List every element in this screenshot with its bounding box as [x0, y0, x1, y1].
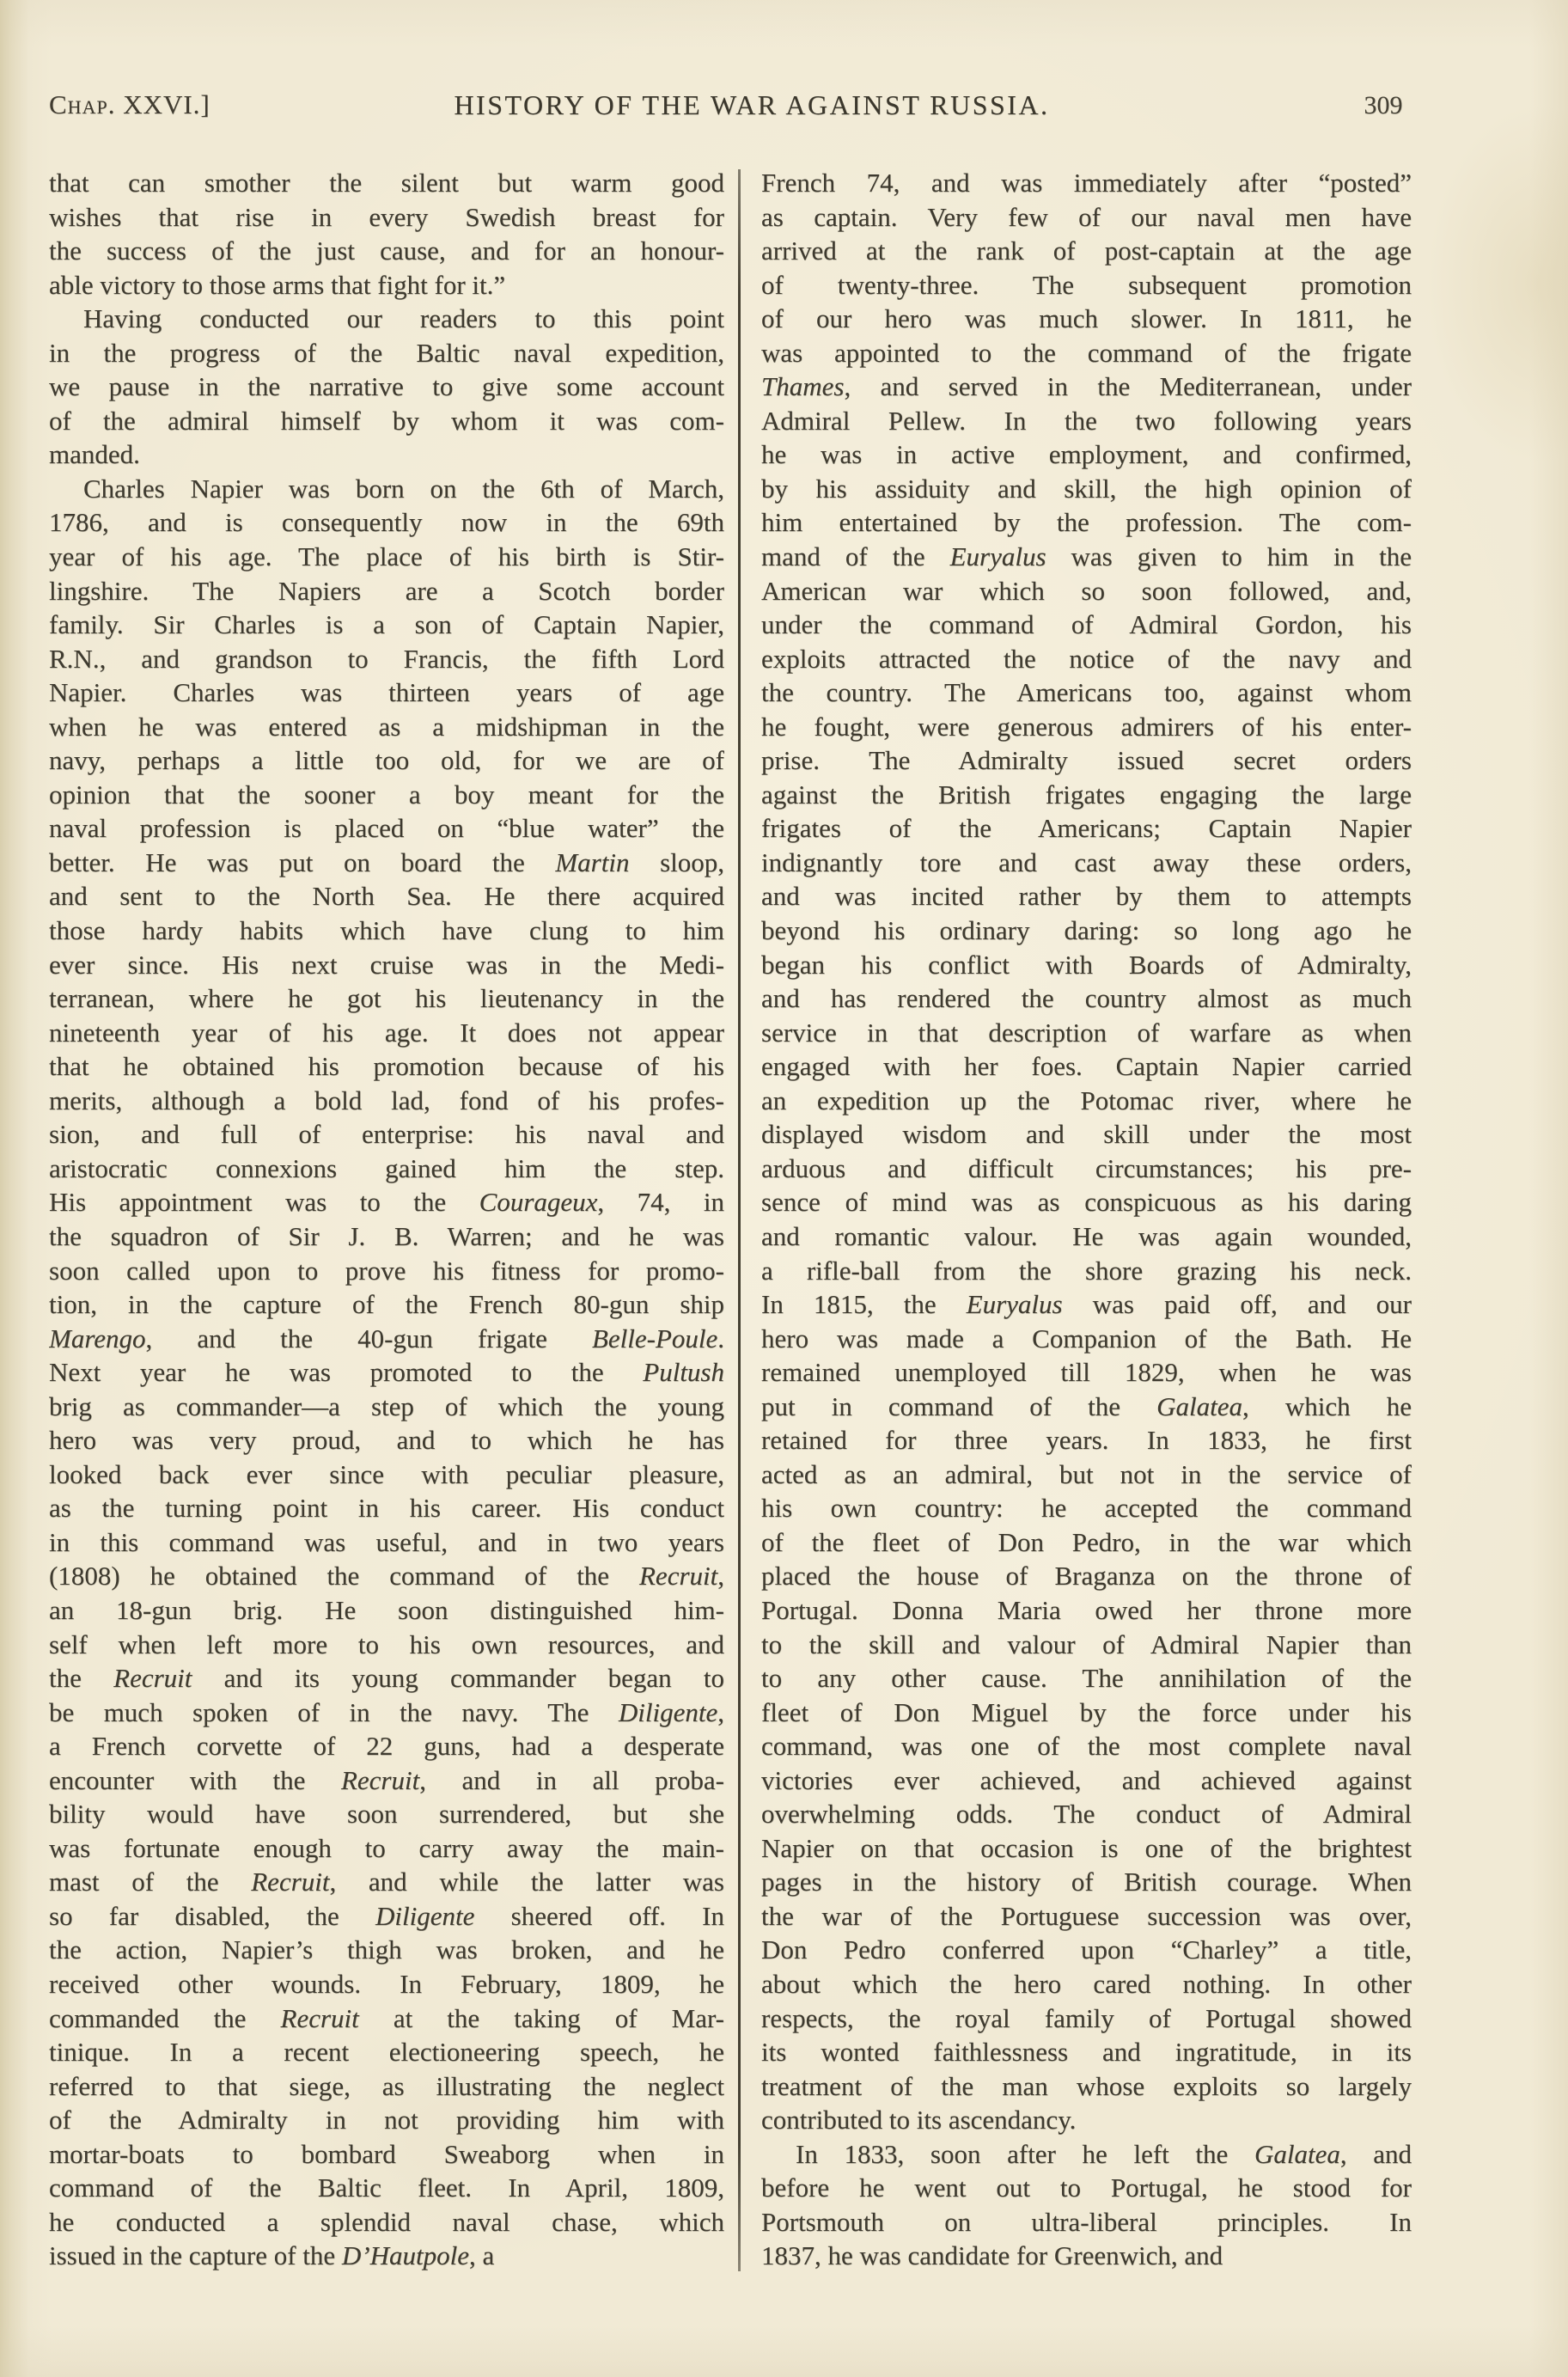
text-line: lingshire. The Napiers are a Scotch bord…	[49, 574, 724, 608]
ship-name: Belle-Poule	[592, 1323, 717, 1353]
ship-name: Courageux	[479, 1187, 598, 1217]
text-line: as the turning point in his career. His …	[49, 1491, 724, 1525]
text-line: the success of the just cause, and for a…	[49, 234, 724, 268]
text-line: engaged with her foes. Captain Napier ca…	[761, 1049, 1412, 1084]
text-line: Portsmouth on ultra-liberal principles. …	[761, 2205, 1412, 2240]
text-line: self when left more to his own resources…	[49, 1628, 724, 1662]
text-line: Thames, and served in the Mediterranean,…	[761, 370, 1412, 404]
text-line: Charles Napier was born on the 6th of Ma…	[49, 472, 724, 506]
text-line: under the command of Admiral Gordon, his	[761, 608, 1412, 642]
text-line: of the fleet of Don Pedro, in the war wh…	[761, 1525, 1412, 1560]
text-line: those hardy habits which have clung to h…	[49, 914, 724, 948]
text-line: prise. The Admiralty issued secret order…	[761, 743, 1412, 778]
left-column: that can smother the silent but warm goo…	[49, 166, 724, 2273]
text-line: overwhelming odds. The conduct of Admira…	[761, 1797, 1412, 1831]
ship-name: Marengo	[49, 1323, 146, 1353]
right-column: French 74, and was immediately after “po…	[761, 166, 1412, 2273]
text-line: commanded the Recruit at the taking of M…	[49, 2001, 724, 2036]
text-line: its wonted faithlessness and ingratitude…	[761, 2035, 1412, 2069]
text-line: nineteenth year of his age. It does not …	[49, 1016, 724, 1050]
text-line: R.N., and grandson to Francis, the fifth…	[49, 642, 724, 676]
text-line: so far disabled, the Diligente sheered o…	[49, 1899, 724, 1934]
text-line: in this command was useful, and in two y…	[49, 1525, 724, 1560]
text-line: began his conflict with Boards of Admira…	[761, 948, 1412, 982]
text-line: placed the house of Braganza on the thro…	[761, 1559, 1412, 1593]
text-line: the action, Napier’s thigh was broken, a…	[49, 1933, 724, 1967]
ship-name: Euryalus	[950, 541, 1046, 571]
text-line: tion, in the capture of the French 80-gu…	[49, 1287, 724, 1322]
text-line: merits, although a bold lad, fond of his…	[49, 1084, 724, 1118]
text-line: wishes that rise in every Swedish breast…	[49, 200, 724, 235]
text-line: of the Admiralty in not providing him wi…	[49, 2103, 724, 2137]
text-line: mand of the Euryalus was given to him in…	[761, 540, 1412, 574]
text-line: year of his age. The place of his birth …	[49, 540, 724, 574]
text-line: better. He was put on board the Martin s…	[49, 846, 724, 880]
text-line: able victory to those arms that fight fo…	[49, 268, 724, 302]
text-line: hero was made a Companion of the Bath. H…	[761, 1322, 1412, 1356]
text-line: that can smother the silent but warm goo…	[49, 166, 724, 200]
text-line: the country. The Americans too, against …	[761, 675, 1412, 710]
text-line: an expedition up the Potomac river, wher…	[761, 1084, 1412, 1118]
text-line: Napier. Charles was thirteen years of ag…	[49, 675, 724, 710]
text-line: brig as commander—a step of which the yo…	[49, 1390, 724, 1424]
text-line: navy, perhaps a little too old, for we a…	[49, 743, 724, 778]
text-line: of our hero was much slower. In 1811, he	[761, 302, 1412, 336]
text-line: looked back ever since with peculiar ple…	[49, 1457, 724, 1492]
text-line: tinique. In a recent electioneering spee…	[49, 2035, 724, 2069]
text-line: arduous and difficult circumstances; his…	[761, 1152, 1412, 1186]
text-line: beyond his ordinary daring: so long ago …	[761, 914, 1412, 948]
ship-name: Diligente	[619, 1697, 717, 1727]
text-line: acted as an admiral, but not in the serv…	[761, 1457, 1412, 1492]
paper-stain	[1426, 103, 1568, 464]
text-line: naval profession is placed on “blue wate…	[49, 811, 724, 846]
text-line: him entertained by the profession. The c…	[761, 505, 1412, 540]
ship-name: Galatea	[1156, 1391, 1242, 1421]
text-line: his own country: he accepted the command	[761, 1491, 1412, 1525]
ship-name: Galatea	[1254, 2139, 1340, 2169]
text-line: before he went out to Portugal, he stood…	[761, 2171, 1412, 2205]
page-number: 309	[1345, 91, 1422, 120]
text-line: indignantly tore and cast away these ord…	[761, 846, 1412, 880]
text-line: victories ever achieved, and achieved ag…	[761, 1763, 1412, 1798]
text-line: Next year he was promoted to the Pultush	[49, 1355, 724, 1390]
text-line: he was in active employment, and confirm…	[761, 437, 1412, 472]
text-line: was fortunate enough to carry away the m…	[49, 1831, 724, 1866]
text-line: service in that description of warfare a…	[761, 1016, 1412, 1050]
text-line: arrived at the rank of post-captain at t…	[761, 234, 1412, 268]
text-line: In 1815, the Euryalus was paid off, and …	[761, 1287, 1412, 1322]
text-line: command, was one of the most complete na…	[761, 1729, 1412, 1763]
text-line: of the admiral himself by whom it was co…	[49, 404, 724, 438]
text-line: a French corvette of 22 guns, had a desp…	[49, 1729, 724, 1763]
text-line: bility would have soon surrendered, but …	[49, 1797, 724, 1831]
column-divider	[738, 169, 741, 2271]
text-line: put in command of the Galatea, which he	[761, 1390, 1412, 1424]
text-line: treatment of the man whose exploits so l…	[761, 2069, 1412, 2104]
text-line: mast of the Recruit, and while the latte…	[49, 1865, 724, 1899]
text-line: the war of the Portuguese succession was…	[761, 1899, 1412, 1934]
text-line: to any other cause. The annihilation of …	[761, 1661, 1412, 1696]
text-line: about which the hero cared nothing. In o…	[761, 1967, 1412, 2001]
text-line: that he obtained his promotion because o…	[49, 1049, 724, 1084]
text-line: Having conducted our readers to this poi…	[49, 302, 724, 336]
text-line: fleet of Don Miguel by the force under h…	[761, 1696, 1412, 1730]
text-line: we pause in the narrative to give some a…	[49, 370, 724, 404]
text-line: Portugal. Donna Maria owed her throne mo…	[761, 1593, 1412, 1628]
text-line: the squadron of Sir J. B. Warren; and he…	[49, 1219, 724, 1254]
text-line: American war which so soon followed, and…	[761, 574, 1412, 608]
ship-name: Martin	[555, 847, 629, 877]
text-line: family. Sir Charles is a son of Captain …	[49, 608, 724, 642]
text-line: Marengo, and the 40-gun frigate Belle-Po…	[49, 1322, 724, 1356]
ship-name: Pultush	[643, 1357, 724, 1387]
text-line: when he was entered as a midshipman in t…	[49, 710, 724, 744]
text-line: to the skill and valour of Admiral Napie…	[761, 1628, 1412, 1662]
text-line: manded.	[49, 437, 724, 472]
text-line: issued in the capture of the D’Hautpole,…	[49, 2239, 724, 2273]
text-line: 1837, he was candidate for Greenwich, an…	[761, 2239, 1412, 2273]
text-line: aristocratic connexions gained him the s…	[49, 1152, 724, 1186]
text-line: (1808) he obtained the command of the Re…	[49, 1559, 724, 1593]
text-line: an 18-gun brig. He soon distinguished hi…	[49, 1593, 724, 1628]
text-line: In 1833, soon after he left the Galatea,…	[761, 2137, 1412, 2172]
text-line: he fought, were generous admirers of his…	[761, 710, 1412, 744]
text-line: in the progress of the Baltic naval expe…	[49, 336, 724, 370]
text-line: a rifle-ball from the shore grazing his …	[761, 1254, 1412, 1288]
text-line: encounter with the Recruit, and in all p…	[49, 1763, 724, 1798]
text-line: by his assiduity and skill, the high opi…	[761, 472, 1412, 506]
text-line: Don Pedro conferred upon “Charley” a tit…	[761, 1933, 1412, 1967]
text-line: and was incited rather by them to attemp…	[761, 879, 1412, 914]
text-line: His appointment was to the Courageux, 74…	[49, 1185, 724, 1219]
text-line: displayed wisdom and skill under the mos…	[761, 1117, 1412, 1152]
text-line: frigates of the Americans; Captain Napie…	[761, 811, 1412, 846]
text-line: be much spoken of in the navy. The Dilig…	[49, 1696, 724, 1730]
ship-name: Diligente	[375, 1901, 474, 1931]
chapter-label: Chap. XXVI.]	[49, 89, 210, 120]
page-header: Chap. XXVI.] HISTORY OF THE WAR AGAINST …	[0, 89, 1568, 129]
ship-name: D’Hautpole	[342, 2240, 469, 2270]
text-line: command of the Baltic fleet. In April, 1…	[49, 2171, 724, 2205]
text-line: French 74, and was immediately after “po…	[761, 166, 1412, 200]
scanned-book-page: Chap. XXVI.] HISTORY OF THE WAR AGAINST …	[0, 0, 1568, 2377]
running-title: HISTORY OF THE WAR AGAINST RUSSIA.	[344, 89, 1160, 121]
text-line: and sent to the North Sea. He there acqu…	[49, 879, 724, 914]
ship-name: Recruit	[639, 1561, 717, 1591]
text-line: retained for three years. In 1833, he fi…	[761, 1423, 1412, 1457]
ship-name: Thames	[761, 371, 844, 401]
text-line: terranean, where he got his lieutenancy …	[49, 981, 724, 1016]
ship-name: Euryalus	[967, 1289, 1063, 1319]
text-line: contributed to its ascendancy.	[761, 2103, 1412, 2137]
ship-name: Recruit	[251, 1867, 329, 1897]
ship-name: Recruit	[281, 2003, 359, 2033]
text-line: 1786, and is consequently now in the 69t…	[49, 505, 724, 540]
text-line: soon called upon to prove his fitness fo…	[49, 1254, 724, 1288]
text-line: received other wounds. In February, 1809…	[49, 1967, 724, 2001]
ship-name: Recruit	[341, 1765, 419, 1795]
text-line: against the British frigates engaging th…	[761, 778, 1412, 812]
text-line: and romantic valour. He was again wounde…	[761, 1219, 1412, 1254]
text-line: the Recruit and its young commander bega…	[49, 1661, 724, 1696]
text-line: Napier on that occasion is one of the br…	[761, 1831, 1412, 1866]
text-line: was appointed to the command of the frig…	[761, 336, 1412, 370]
text-line: of twenty-three. The subsequent promotio…	[761, 268, 1412, 302]
text-line: opinion that the sooner a boy meant for …	[49, 778, 724, 812]
text-line: he conducted a splendid naval chase, whi…	[49, 2205, 724, 2240]
text-line: hero was very proud, and to which he has	[49, 1423, 724, 1457]
text-line: pages in the history of British courage.…	[761, 1865, 1412, 1899]
text-line: remained unemployed till 1829, when he w…	[761, 1355, 1412, 1390]
text-line: mortar-boats to bombard Sweaborg when in	[49, 2137, 724, 2172]
text-line: as captain. Very few of our naval men ha…	[761, 200, 1412, 235]
text-line: and has rendered the country almost as m…	[761, 981, 1412, 1016]
text-line: sence of mind was as conspicuous as his …	[761, 1185, 1412, 1219]
text-line: Admiral Pellew. In the two following yea…	[761, 404, 1412, 438]
text-line: respects, the royal family of Portugal s…	[761, 2001, 1412, 2036]
text-line: ever since. His next cruise was in the M…	[49, 948, 724, 982]
text-line: exploits attracted the notice of the nav…	[761, 642, 1412, 676]
text-line: sion, and full of enterprise: his naval …	[49, 1117, 724, 1152]
text-line: referred to that siege, as illustrating …	[49, 2069, 724, 2104]
ship-name: Recruit	[113, 1663, 192, 1693]
